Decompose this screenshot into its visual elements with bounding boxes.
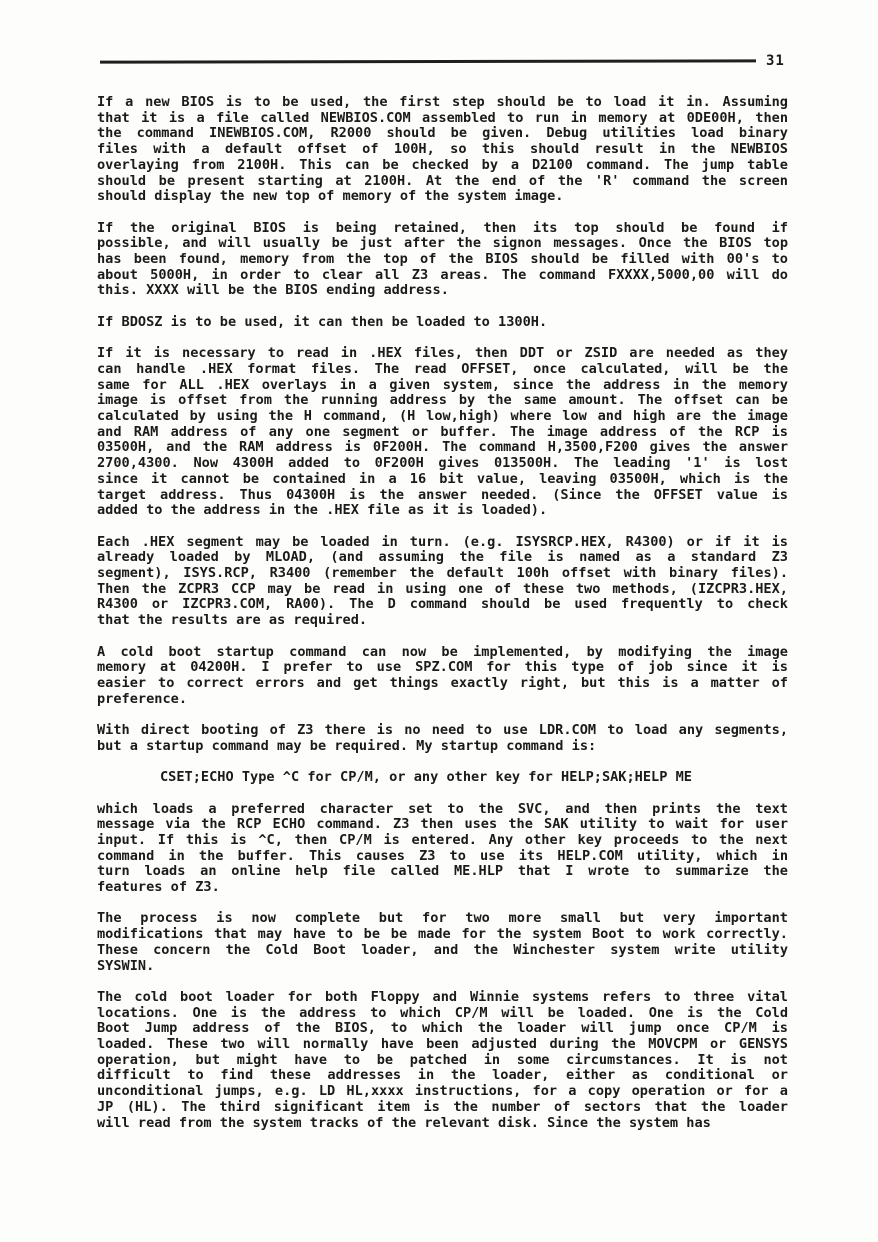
text-line: the command INEWBIOS.COM, R2000 should b…: [97, 126, 788, 142]
text-line: If the original BIOS is being retained, …: [97, 221, 788, 237]
text-line: has been found, memory from the top of t…: [97, 252, 788, 268]
text-line: input. If this is ^C, then CP/M is enter…: [97, 833, 788, 849]
paragraph: The process is now complete but for two …: [97, 911, 788, 974]
paragraph: A cold boot startup command can now be i…: [97, 645, 788, 708]
text-line: image is offset from the running address…: [97, 393, 788, 409]
command-line: CSET;ECHO Type ^C for CP/M, or any other…: [97, 770, 788, 786]
paragraph: The cold boot loader for both Floppy and…: [97, 990, 788, 1131]
text-line: locations. One is the address to which C…: [97, 1006, 788, 1022]
text-line: command in the buffer. This causes Z3 to…: [97, 849, 788, 865]
text-line: that it is a file called NEWBIOS.COM ass…: [97, 111, 788, 127]
page-body: If a new BIOS is to be used, the first s…: [97, 95, 788, 1131]
text-line: SYSWIN.: [97, 959, 788, 975]
text-line: this. XXXX will be the BIOS ending addre…: [97, 283, 788, 299]
text-line: possible, and will usually be just after…: [97, 236, 788, 252]
paragraph: If a new BIOS is to be used, the first s…: [97, 95, 788, 205]
text-line: easier to correct errors and get things …: [97, 676, 788, 692]
text-line: same for ALL .HEX overlays in a given sy…: [97, 378, 788, 394]
text-line: should be present starting at 2100H. At …: [97, 174, 788, 190]
document-page: 31 If a new BIOS is to be used, the firs…: [0, 0, 878, 1242]
text-line: 2700,4300. Now 4300H added to 0F200H giv…: [97, 456, 788, 472]
text-line: If a new BIOS is to be used, the first s…: [97, 95, 788, 111]
text-line: A cold boot startup command can now be i…: [97, 645, 788, 661]
text-line: but a startup command may be required. M…: [97, 739, 788, 755]
text-line: turn loads an online help file called ME…: [97, 864, 788, 880]
text-line: modifications that may have to be be mad…: [97, 927, 788, 943]
text-line: With direct booting of Z3 there is no ne…: [97, 723, 788, 739]
text-line: added to the address in the .HEX file as…: [97, 503, 788, 519]
text-line: target address. Thus 04300H is the answe…: [97, 488, 788, 504]
text-line: These concern the Cold Boot loader, and …: [97, 943, 788, 959]
text-line: JP (HL). The third significant item is t…: [97, 1100, 788, 1116]
text-line: calculated by using the H command, (H lo…: [97, 409, 788, 425]
text-line: overlaying from 2100H. This can be check…: [97, 158, 788, 174]
text-line: preference.: [97, 692, 788, 708]
paragraph: With direct booting of Z3 there is no ne…: [97, 723, 788, 754]
text-line: The process is now complete but for two …: [97, 911, 788, 927]
text-line: that the results are as required.: [97, 613, 788, 629]
paragraph: If BDOSZ is to be used, it can then be l…: [97, 315, 788, 331]
text-line: If it is necessary to read in .HEX files…: [97, 346, 788, 362]
text-line: operation, but might have to be patched …: [97, 1053, 788, 1069]
text-line: CSET;ECHO Type ^C for CP/M, or any other…: [97, 770, 788, 786]
page-number: 31: [766, 53, 785, 69]
text-line: since it cannot be contained in a 16 bit…: [97, 472, 788, 488]
text-line: features of Z3.: [97, 880, 788, 896]
text-line: memory at 04200H. I prefer to use SPZ.CO…: [97, 660, 788, 676]
text-line: If BDOSZ is to be used, it can then be l…: [97, 315, 788, 331]
text-line: and RAM address of any one segment or bu…: [97, 425, 788, 441]
text-line: segment), ISYS.RCP, R3400 (remember the …: [97, 566, 788, 582]
text-line: R4300 or IZCPR3.COM, RA00). The D comman…: [97, 597, 788, 613]
text-line: The cold boot loader for both Floppy and…: [97, 990, 788, 1006]
paragraph: If it is necessary to read in .HEX files…: [97, 346, 788, 519]
text-line: Boot Jump address of the BIOS, to which …: [97, 1021, 788, 1037]
paragraph: If the original BIOS is being retained, …: [97, 221, 788, 300]
paragraph: which loads a preferred character set to…: [97, 802, 788, 896]
text-line: which loads a preferred character set to…: [97, 802, 788, 818]
text-line: should display the new top of memory of …: [97, 189, 788, 205]
text-line: 03500H, and the RAM address is 0F200H. T…: [97, 440, 788, 456]
text-line: difficult to find these addresses in the…: [97, 1068, 788, 1084]
text-line: can handle .HEX format files. The read O…: [97, 362, 788, 378]
text-line: will read from the system tracks of the …: [97, 1116, 788, 1132]
text-line: already loaded by MLOAD, (and assuming t…: [97, 550, 788, 566]
text-line: files with a default offset of 100H, so …: [97, 142, 788, 158]
text-line: Each .HEX segment may be loaded in turn.…: [97, 535, 788, 551]
paragraph: Each .HEX segment may be loaded in turn.…: [97, 535, 788, 629]
text-line: about 5000H, in order to clear all Z3 ar…: [97, 268, 788, 284]
text-line: loaded. These two will normally have bee…: [97, 1037, 788, 1053]
text-line: Then the ZCPR3 CCP may be read in using …: [97, 582, 788, 598]
text-line: message via the RCP ECHO command. Z3 the…: [97, 817, 788, 833]
header-rule: [100, 59, 756, 63]
text-line: unconditional jumps, e.g. LD HL,xxxx ins…: [97, 1084, 788, 1100]
